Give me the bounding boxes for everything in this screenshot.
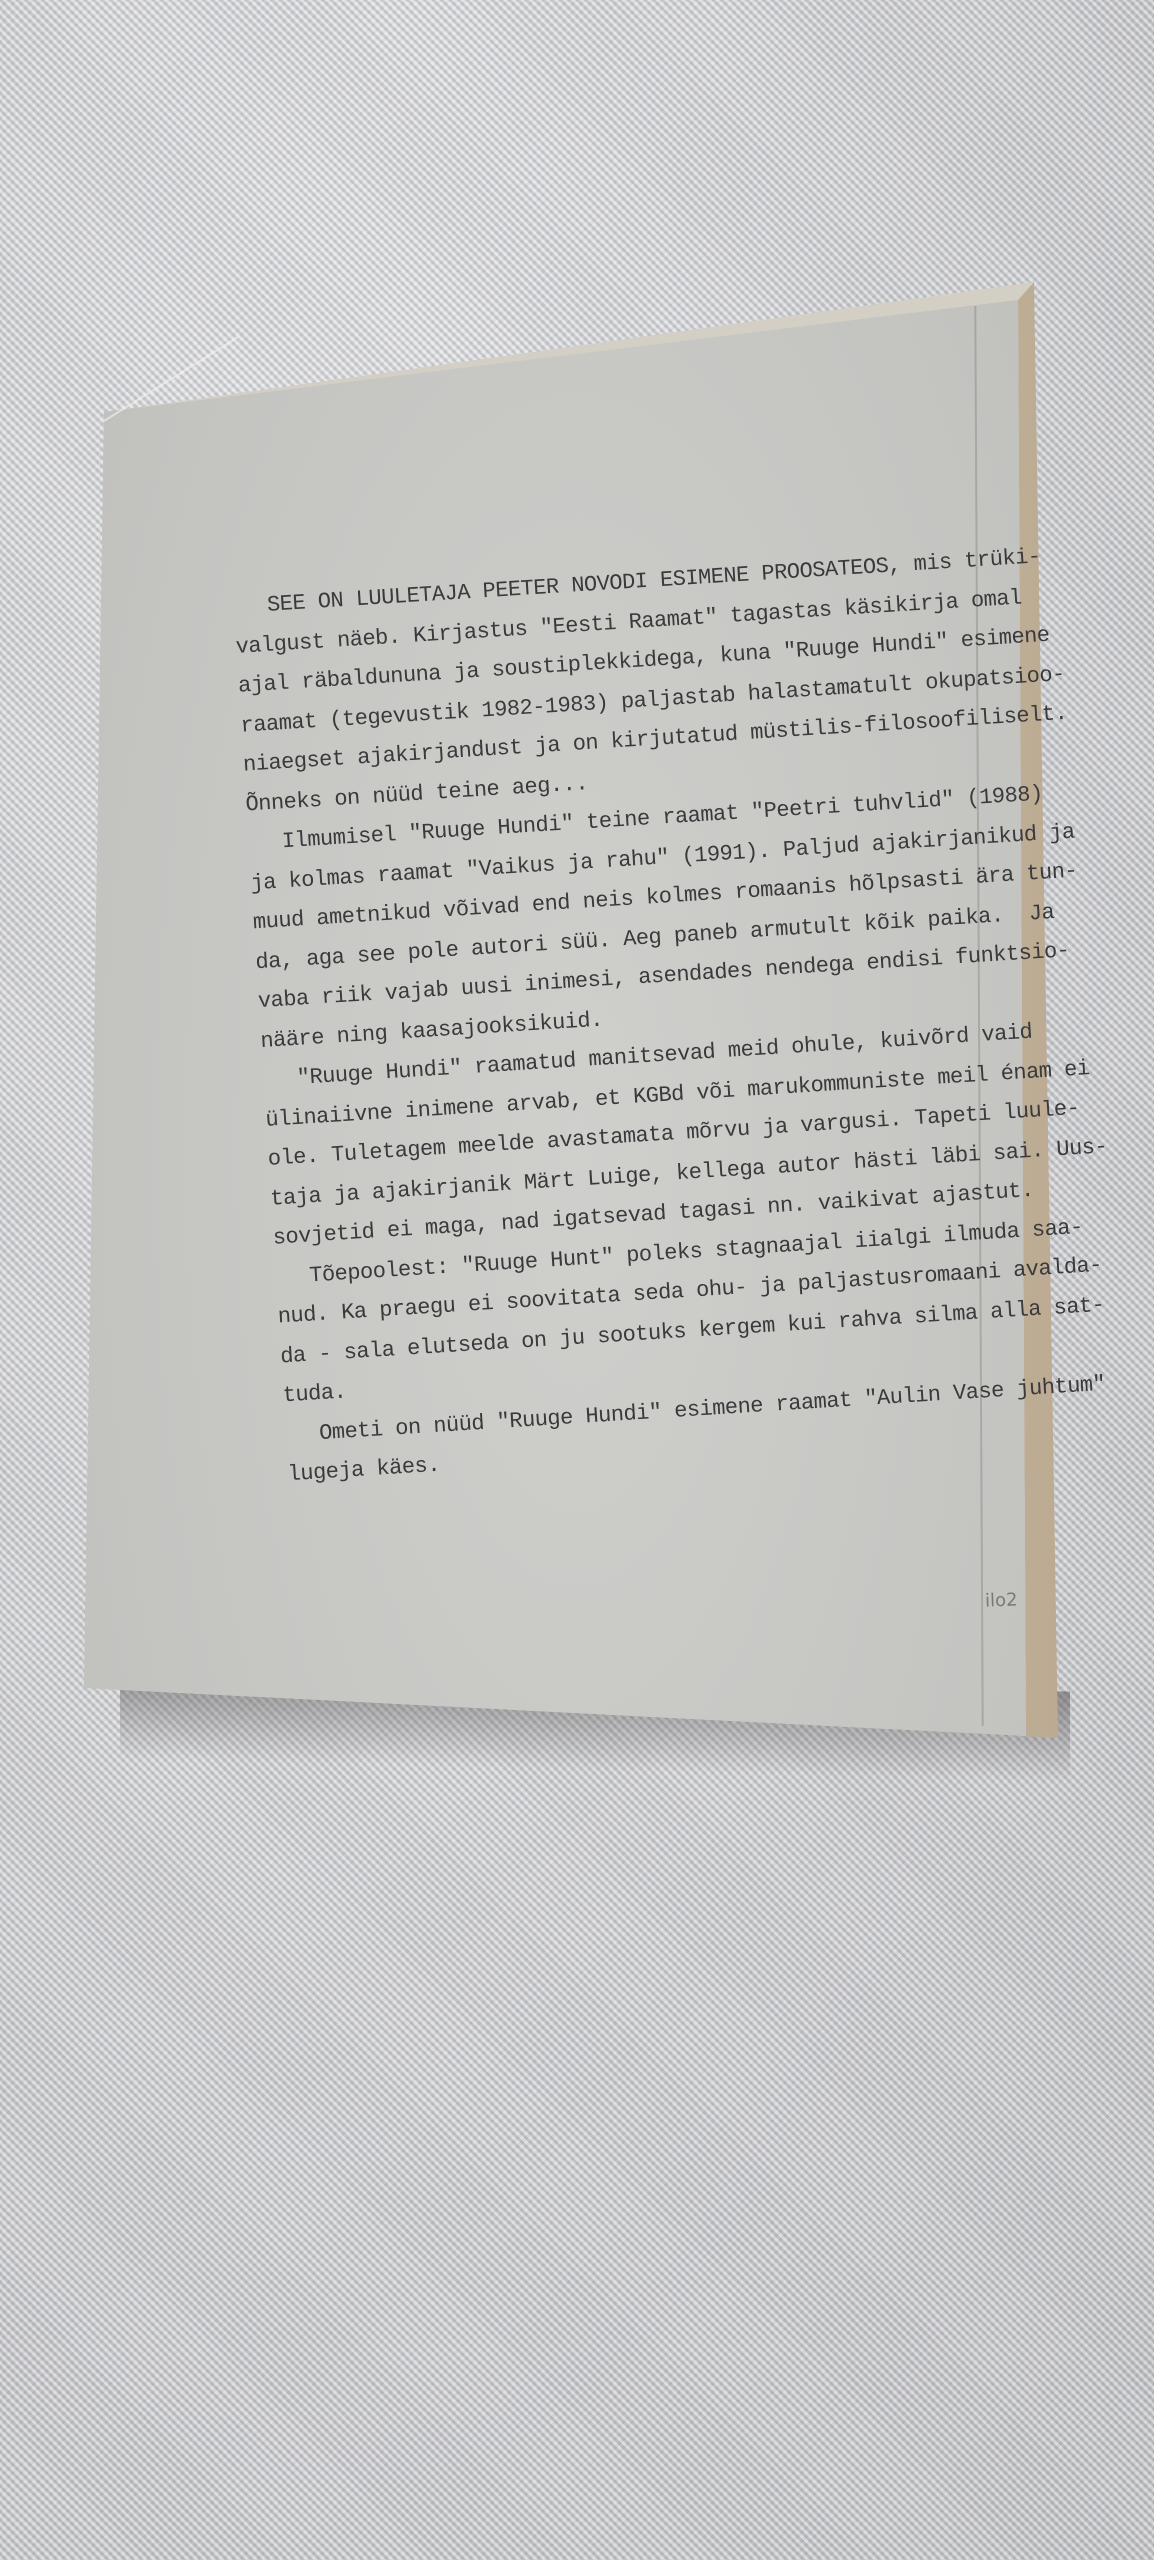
handwritten-mark: ilo2: [985, 1589, 1018, 1611]
back-cover-blurb: SEE ON LUULETAJA PEETER NOVODI ESIMENE P…: [232, 538, 1087, 1495]
book: SEE ON LUULETAJA PEETER NOVODI ESIMENE P…: [0, 0, 1154, 2560]
